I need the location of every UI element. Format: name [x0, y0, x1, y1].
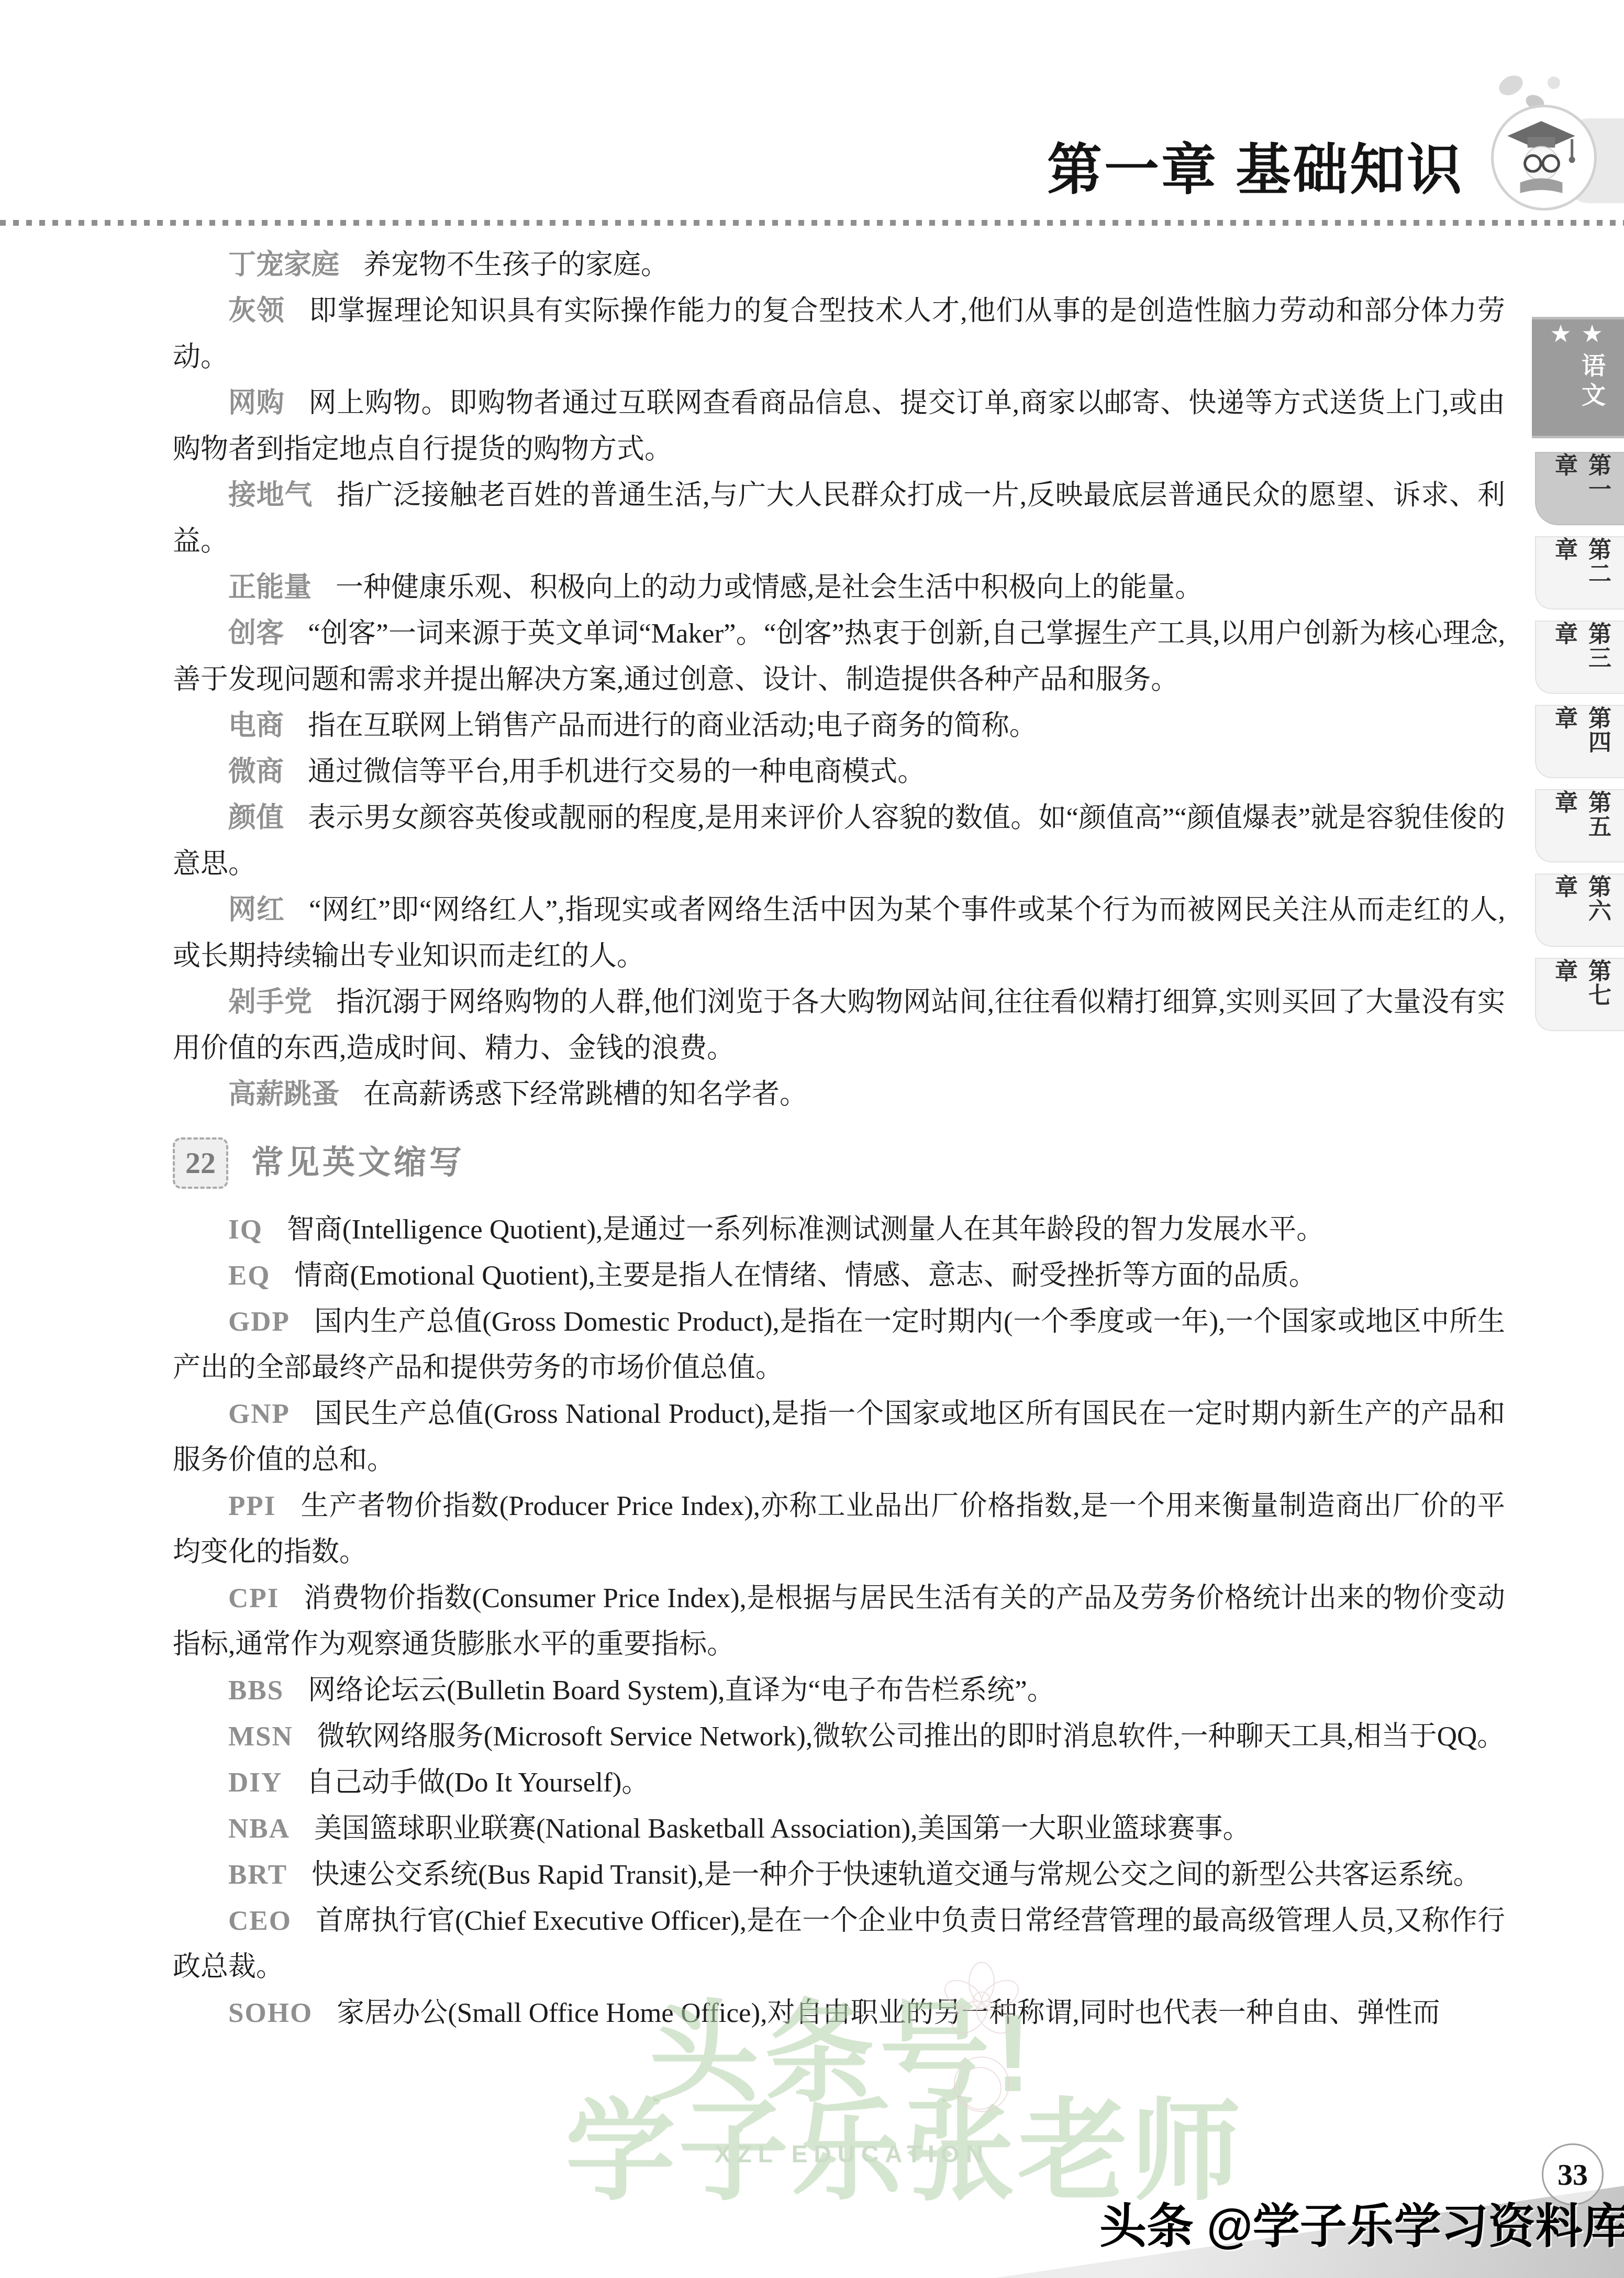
term-label: EQ	[228, 1260, 271, 1291]
definition-entry: 丁宠家庭养宠物不生孩子的家庭。	[173, 242, 1505, 288]
term-definition: “创客”一词来源于英文单词“Maker”。“创客”热衷于创新,自己掌握生产工具,…	[173, 618, 1505, 695]
definition-entry: 正能量一种健康乐观、积极向上的动力或情感,是社会生活中积极向上的能量。	[173, 565, 1505, 611]
definition-entry: NBA美国篮球职业联赛(National Basketball Associat…	[173, 1806, 1505, 1852]
term-label: 接地气	[228, 480, 313, 511]
term-label: IQ	[228, 1214, 263, 1245]
definition-entry: 颜值表示男女颜容英俊或靓丽的程度,是用来评价人容貌的数值。如“颜值高”“颜值爆表…	[173, 795, 1505, 887]
definition-entry: 网购网上购物。即购物者通过互联网查看商品信息、提交订单,商家以邮寄、快递等方式送…	[173, 380, 1505, 472]
term-definition: 国内生产总值(Gross Domestic Product),是指在一定时期内(…	[173, 1307, 1505, 1383]
term-definition: 微软网络服务(Microsoft Service Network),微软公司推出…	[317, 1721, 1505, 1752]
term-label: BRT	[228, 1860, 287, 1890]
term-label: NBA	[228, 1813, 290, 1844]
sidebar-chapter-tab: 第五章	[1535, 789, 1624, 862]
term-definition: 网络论坛云(Bulletin Board System),直译为“电子布告栏系统…	[308, 1675, 1054, 1706]
definition-entry: EQ情商(Emotional Quotient),主要是指人在情绪、情感、意志、…	[173, 1253, 1505, 1299]
section-title: 常见英文缩写	[251, 1140, 465, 1186]
definition-entry: GDP国内生产总值(Gross Domestic Product),是指在一定时…	[173, 1299, 1505, 1391]
term-label: CPI	[228, 1583, 279, 1613]
page-number-value: 33	[1558, 2157, 1588, 2192]
graduate-icon	[1491, 105, 1597, 211]
definition-entry: 创客“创客”一词来源于英文单词“Maker”。“创客”热衷于创新,自己掌握生产工…	[173, 611, 1505, 703]
term-label: GDP	[228, 1307, 290, 1337]
definition-entry: CPI消费物价指数(Consumer Price Index),是根据与居民生活…	[173, 1575, 1505, 1667]
term-definition: 网上购物。即购物者通过互联网查看商品信息、提交订单,商家以邮寄、快递等方式送货上…	[173, 388, 1505, 465]
section-number-badge: 22	[173, 1137, 228, 1189]
term-label: 电商	[228, 710, 284, 741]
subject-label: ★语文★	[1547, 319, 1609, 436]
term-label: MSN	[228, 1721, 293, 1752]
term-definition: 国民生产总值(Gross National Product),是指一个国家或地区…	[173, 1399, 1505, 1475]
definition-entry: IQ智商(Intelligence Quotient),是通过一系列标准测试测量…	[173, 1207, 1505, 1253]
definition-entry: DIY自己动手做(Do It Yourself)。	[173, 1760, 1505, 1806]
definition-entry: 接地气指广泛接触老百姓的普通生活,与广大人民群众打成一片,反映最底层普通民众的愿…	[173, 472, 1505, 565]
term-label: SOHO	[228, 1998, 313, 2028]
sidebar-chapter-tab: 第三章	[1535, 621, 1624, 694]
term-label: 正能量	[228, 572, 312, 603]
definition-entry: 电商指在互联网上销售产品而进行的商业活动;电子商务的简称。	[173, 703, 1505, 749]
page-title: 第一章 基础知识	[1047, 126, 1464, 205]
leaf-decoration-icon	[1548, 76, 1560, 89]
flower-doodle-icon	[921, 1953, 1042, 2131]
definition-entry: 剁手党指沉溺于网络购物的人群,他们浏览于各大购物网站间,往往看似精打细算,实则买…	[173, 979, 1505, 1071]
term-definition: 智商(Intelligence Quotient),是通过一系列标准测试测量人在…	[287, 1214, 1324, 1245]
term-definition: 表示男女颜容英俊或靓丽的程度,是用来评价人容貌的数值。如“颜值高”“颜值爆表”就…	[173, 803, 1505, 879]
term-definition: 一种健康乐观、积极向上的动力或情感,是社会生活中积极向上的能量。	[336, 572, 1203, 603]
sidebar: ★语文★ 第一章第二章第三章第四章第五章第六章第七章	[1532, 317, 1624, 1042]
term-definition: 美国篮球职业联赛(National Basketball Association…	[314, 1813, 1251, 1844]
dotted-divider	[0, 220, 1624, 226]
chapter-tab-label: 第四章	[1547, 706, 1614, 777]
term-label: 高薪跳蚤	[228, 1079, 339, 1110]
definition-entry: MSN微软网络服务(Microsoft Service Network),微软公…	[173, 1713, 1505, 1760]
term-label: 网购	[228, 388, 285, 418]
term-definition: 指沉溺于网络购物的人群,他们浏览于各大购物网站间,往往看似精打细算,实则买回了大…	[173, 987, 1505, 1064]
term-definition: 通过微信等平台,用手机进行交易的一种电商模式。	[308, 757, 925, 787]
term-definition: 生产者物价指数(Producer Price Index),亦称工业品出厂价格指…	[173, 1491, 1505, 1567]
term-definition: 指在互联网上销售产品而进行的商业活动;电子商务的简称。	[308, 711, 1037, 741]
leaf-decoration-icon	[1496, 72, 1526, 99]
sidebar-chapter-tab: 第六章	[1535, 873, 1624, 947]
chapter-tab-label: 第一章	[1547, 453, 1614, 524]
sidebar-subject-tab: ★语文★	[1532, 317, 1624, 438]
sidebar-chapter-tab: 第七章	[1535, 958, 1624, 1031]
footer-watermark: 头条 @学子乐学习资料库	[1099, 2188, 1624, 2256]
term-definition: 自己动手做(Do It Yourself)。	[306, 1767, 649, 1798]
sidebar-chapter-tab: 第一章	[1535, 452, 1624, 525]
term-definition: 即掌握理论知识具有实际操作能力的复合型技术人才,他们从事的是创造性脑力劳动和部分…	[173, 296, 1505, 372]
term-label: DIY	[228, 1767, 282, 1798]
chapter-tab-label: 第三章	[1547, 622, 1614, 693]
term-definition: 养宠物不生孩子的家庭。	[363, 250, 669, 280]
term-definition: “网红”即“网络红人”,指现实或者网络生活中因为某个事件或某个行为而被网民关注从…	[173, 895, 1505, 971]
term-label: 微商	[228, 756, 284, 787]
book-page: 第一章 基础知识 ★语文★ 第一章第二章第三章第四章第五章第六章第七章 丁宠家庭…	[0, 0, 1624, 2278]
term-definition: 在高薪诱惑下经常跳槽的知名学者。	[363, 1079, 807, 1110]
term-label: 创客	[228, 618, 284, 649]
definition-entry: 微商通过微信等平台,用手机进行交易的一种电商模式。	[173, 749, 1505, 795]
definition-entry: 高薪跳蚤在高薪诱惑下经常跳槽的知名学者。	[173, 1071, 1505, 1118]
term-label: 灰领	[228, 295, 285, 326]
term-label: 颜值	[228, 802, 284, 833]
definition-entry: 灰领即掌握理论知识具有实际操作能力的复合型技术人才,他们从事的是创造性脑力劳动和…	[173, 288, 1505, 380]
glossary-entries: 丁宠家庭养宠物不生孩子的家庭。灰领即掌握理论知识具有实际操作能力的复合型技术人才…	[173, 242, 1505, 1118]
term-label: GNP	[228, 1399, 290, 1429]
term-label: BBS	[228, 1675, 284, 1706]
chapter-tab-label: 第五章	[1547, 790, 1614, 861]
term-label: 网红	[228, 894, 285, 925]
main-content: 丁宠家庭养宠物不生孩子的家庭。灰领即掌握理论知识具有实际操作能力的复合型技术人才…	[173, 242, 1505, 2036]
term-definition: 快速公交系统(Bus Rapid Transit),是一种介于快速轨道交通与常规…	[312, 1860, 1481, 1890]
definition-entry: 网红“网红”即“网络红人”,指现实或者网络生活中因为某个事件或某个行为而被网民关…	[173, 887, 1505, 979]
chapter-tab-label: 第七章	[1547, 959, 1614, 1030]
sidebar-chapter-tab: 第二章	[1535, 536, 1624, 610]
term-label: 剁手党	[228, 987, 312, 1018]
term-label: 丁宠家庭	[228, 249, 339, 280]
section-heading: 22 常见英文缩写	[173, 1137, 1505, 1189]
definition-entry: BRT快速公交系统(Bus Rapid Transit),是一种介于快速轨道交通…	[173, 1852, 1505, 1898]
chapter-tab-label: 第六章	[1547, 875, 1614, 946]
watermark-brand: XZL EDUCATION	[715, 2140, 989, 2168]
definition-entry: PPI生产者物价指数(Producer Price Index),亦称工业品出厂…	[173, 1483, 1505, 1575]
term-definition: 指广泛接触老百姓的普通生活,与广大人民群众打成一片,反映最底层普通民众的愿望、诉…	[173, 480, 1505, 557]
term-definition: 情商(Emotional Quotient),主要是指人在情绪、情感、意志、耐受…	[295, 1260, 1317, 1291]
chapter-tab-list: 第一章第二章第三章第四章第五章第六章第七章	[1532, 452, 1624, 1031]
definition-entry: BBS网络论坛云(Bulletin Board System),直译为“电子布告…	[173, 1667, 1505, 1713]
term-label: PPI	[228, 1491, 276, 1521]
sidebar-chapter-tab: 第四章	[1535, 705, 1624, 778]
abbreviation-entries: IQ智商(Intelligence Quotient),是通过一系列标准测试测量…	[173, 1207, 1505, 2036]
definition-entry: GNP国民生产总值(Gross National Product),是指一个国家…	[173, 1391, 1505, 1483]
chapter-tab-label: 第二章	[1547, 537, 1614, 609]
term-definition: 消费物价指数(Consumer Price Index),是根据与居民生活有关的…	[173, 1583, 1505, 1660]
term-label: CEO	[228, 1906, 292, 1936]
